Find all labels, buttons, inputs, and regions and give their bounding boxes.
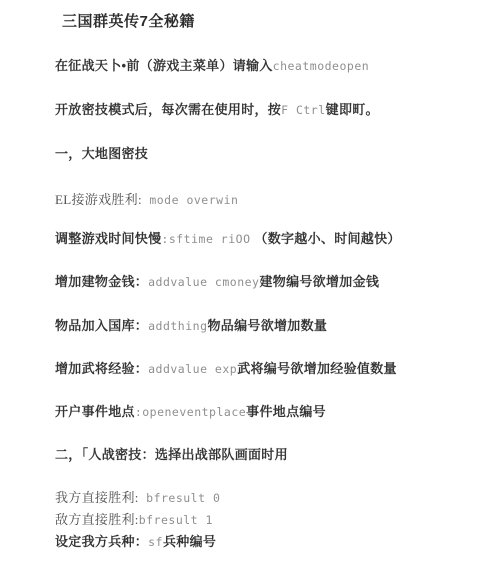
text-segment: bfresult 1: [139, 513, 213, 527]
text-line: 设定我方兵种：sf兵种编号: [55, 534, 216, 550]
text-line: 敌方直接胜利:bfresult 1: [55, 512, 213, 528]
text-segment: 武将编号欲增加经验值数量: [237, 361, 397, 376]
text-segment: EL接游戏胜利:: [55, 192, 142, 207]
text-segment: 二，「人战密技：选择出战部队画面时用: [55, 447, 288, 462]
text-segment: 事件地点编号: [246, 404, 326, 419]
text-segment: 增加建物金钱：: [55, 274, 148, 289]
text-segment: 我方直接胜利:: [55, 490, 139, 505]
text-segment: 建物编号欲增加金钱: [259, 274, 379, 289]
text-line: 一，大地图密技: [55, 146, 148, 162]
text-segment: addvalue cmoney: [148, 275, 259, 289]
text-segment: 物品编号欲增加数量: [208, 318, 328, 333]
text-line: 物品加入国库：addthing物品编号欲增加数量: [55, 318, 327, 334]
text-segment: addvalue exp: [148, 362, 237, 376]
text-line: 开户事件地点:openeventplace事件地点编号: [55, 404, 326, 420]
text-segment: 设定我方兵种：: [55, 534, 148, 549]
text-segment: 键即町。: [326, 102, 379, 117]
text-segment: 开放密技模式后，每次需在使用时，按: [55, 102, 281, 117]
text-segment: 开户事件地点: [55, 404, 135, 419]
text-line: 在征战天卜•前（游戏主菜单）请输入cheatmodeopen: [55, 58, 369, 74]
text-line: 二，「人战密技：选择出战部队画面时用: [55, 447, 288, 463]
text-segment: sf: [148, 535, 163, 549]
text-segment: 一，大地图密技: [55, 146, 148, 161]
text-segment: F Ctrl: [281, 103, 326, 117]
text-segment: 兵种编号: [163, 534, 216, 549]
text-line: 开放密技模式后，每次需在使用时，按F Ctrl键即町。: [55, 102, 379, 118]
text-segment: :sftime riOO: [161, 232, 250, 246]
text-line: 调整游戏时间快慢:sftime riOO （数字越小、时间越快）: [55, 231, 401, 247]
text-line: 我方直接胜利: bfresult 0: [55, 490, 220, 506]
text-segment: 物品加入国库：: [55, 318, 148, 333]
text-segment: addthing: [148, 319, 207, 333]
text-segment: 增加武将经验：: [55, 361, 148, 376]
text-segment: 调整游戏时间快慢: [55, 231, 161, 246]
page-title: 三国群英传7全秘籍: [62, 10, 195, 31]
text-segment: bfresult 0: [139, 491, 221, 505]
text-segment: （数字越小、时间越快）: [251, 231, 401, 246]
document-page: 三国群英传7全秘籍 在征战天卜•前（游戏主菜单）请输入cheatmodeopen…: [0, 0, 500, 565]
text-segment: 敌方直接胜利:: [55, 512, 139, 527]
text-segment: cheatmodeopen: [273, 59, 370, 73]
text-line: 增加武将经验：addvalue exp武将编号欲增加经验值数量: [55, 361, 397, 377]
text-line: EL接游戏胜利: mode overwin: [55, 192, 238, 208]
text-segment: :openeventplace: [135, 405, 246, 419]
text-segment: mode overwin: [142, 193, 239, 207]
text-segment: 在征战天卜•前（游戏主菜单）请输入: [55, 58, 273, 73]
text-line: 增加建物金钱：addvalue cmoney建物编号欲增加金钱: [55, 274, 379, 290]
